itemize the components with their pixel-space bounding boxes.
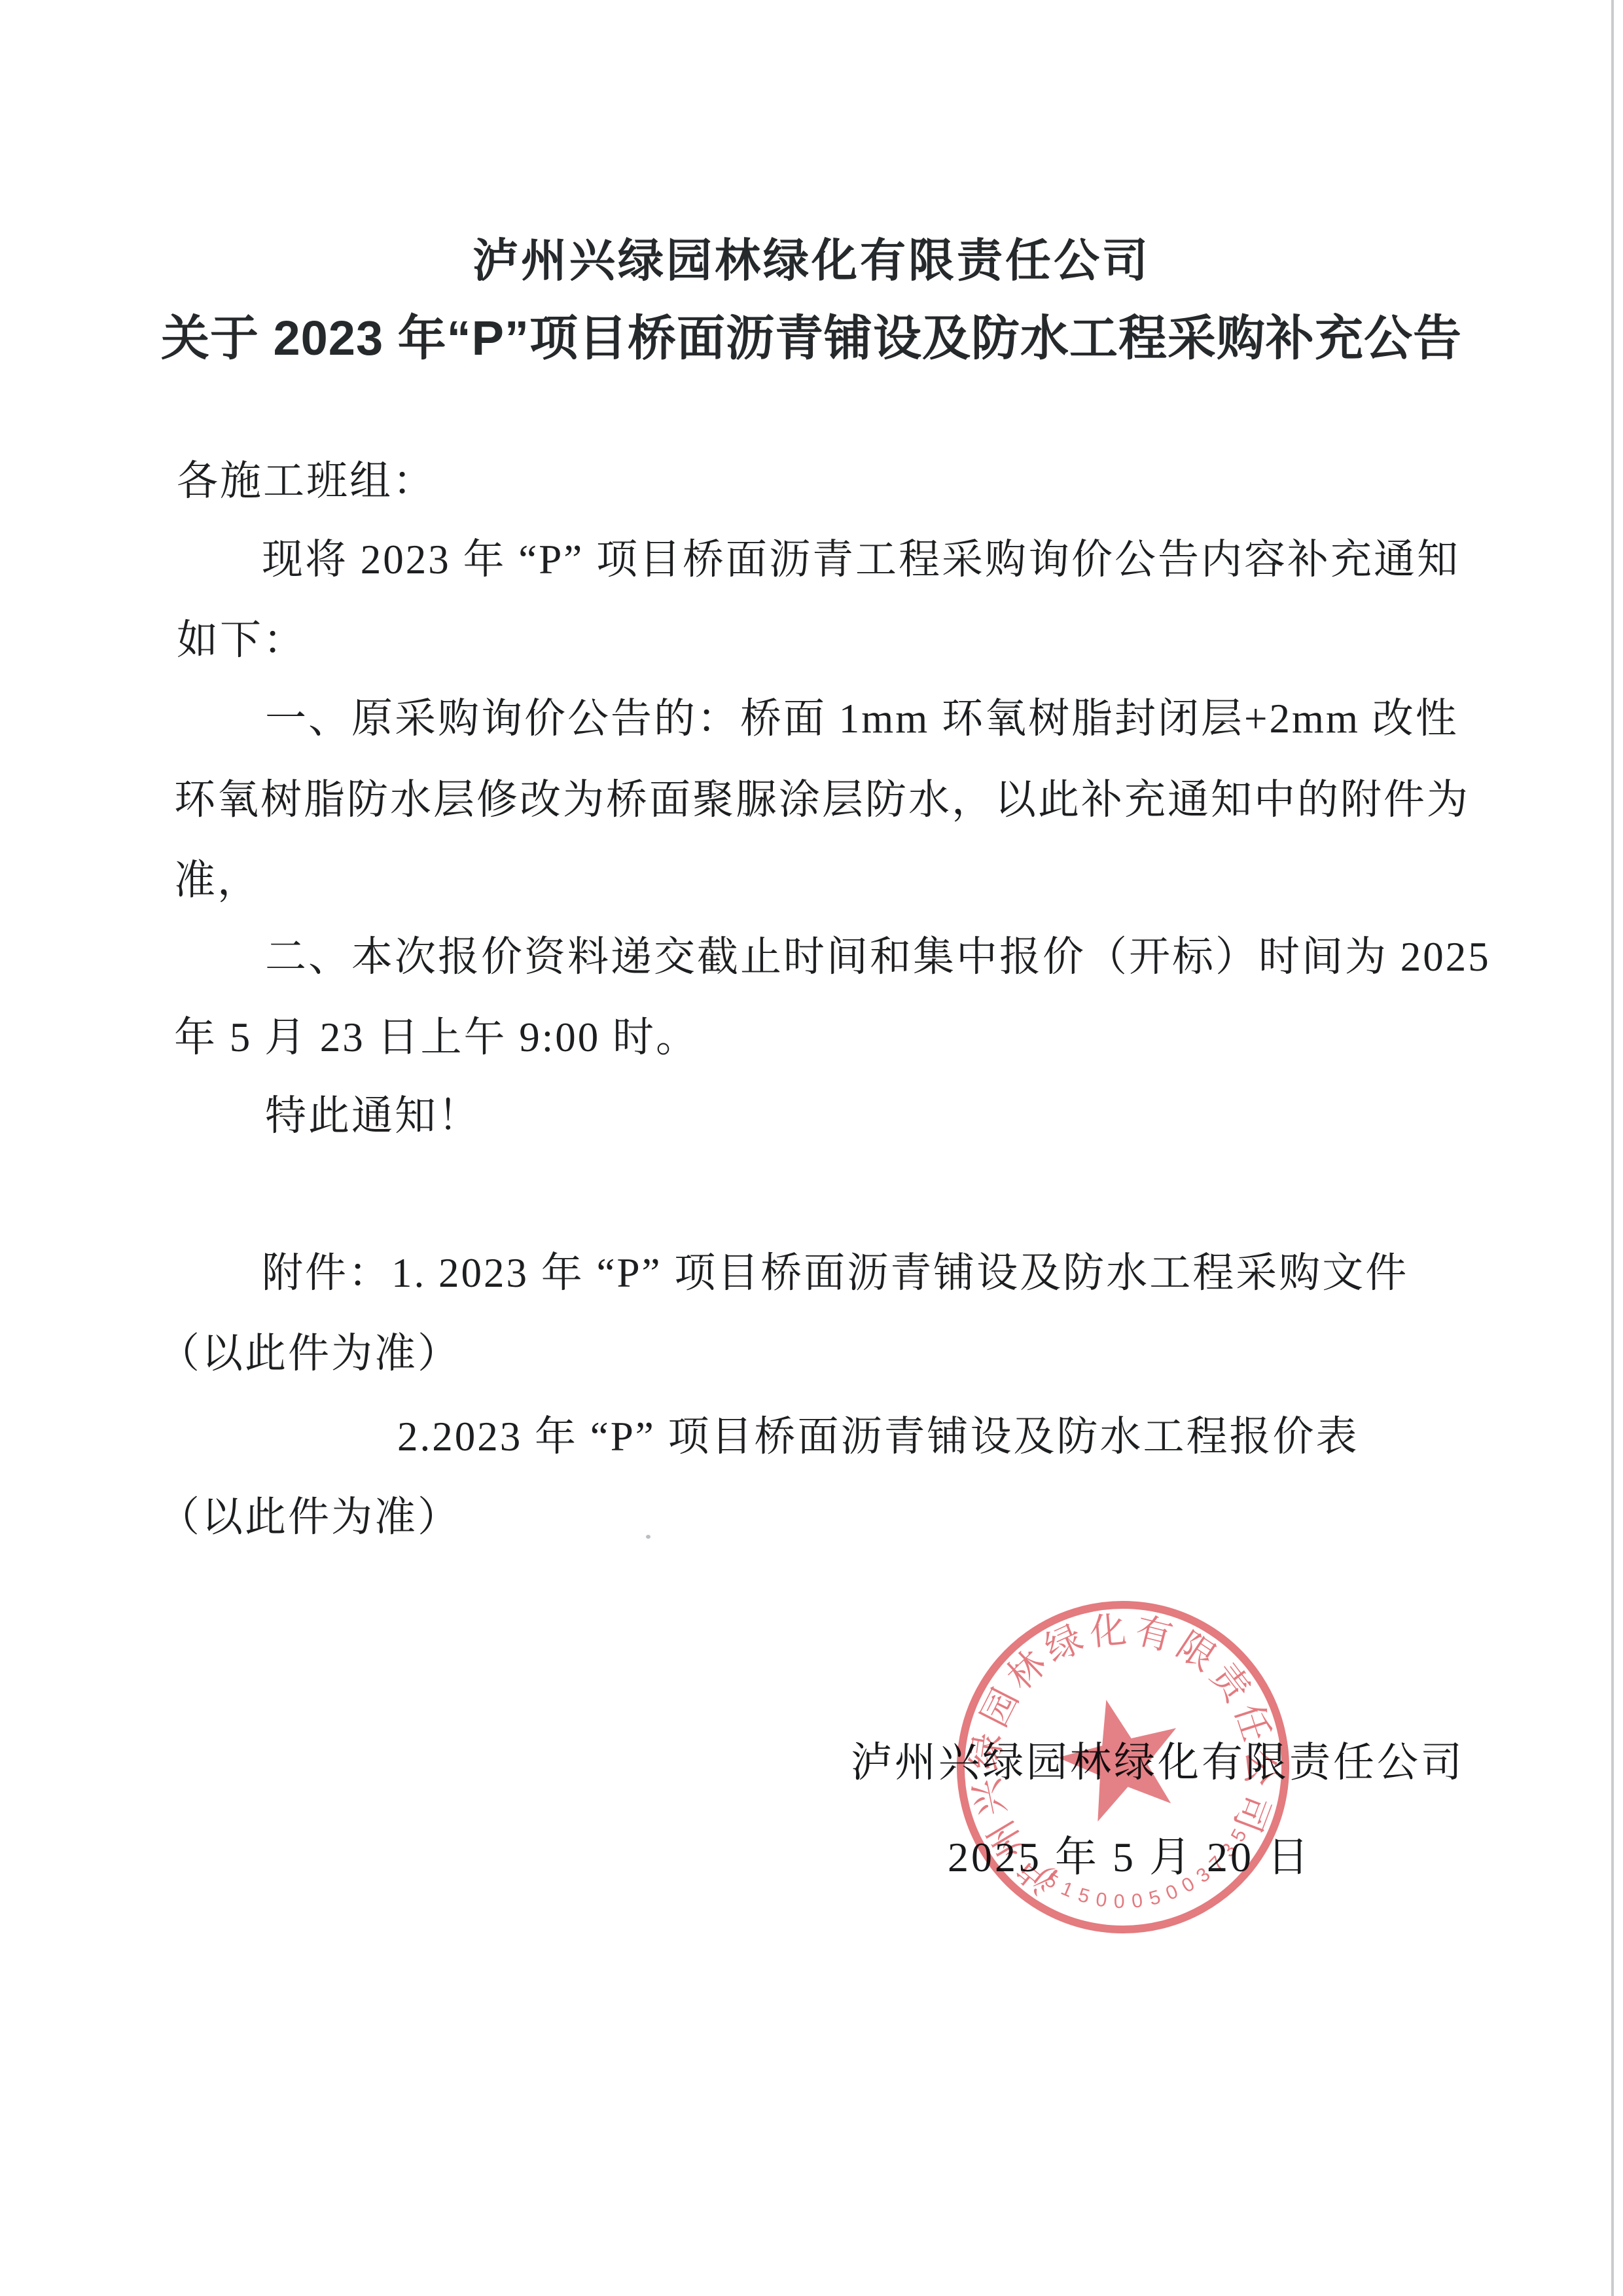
body-line-attachment-2: 2.2023 年 “P” 项目桥面沥青铺设及防水工程报价表 <box>397 1414 1359 1460</box>
page-subtitle: 关于 2023 年“P”项目桥面沥青铺设及防水工程采购补充公告 <box>0 300 1623 369</box>
body-line: 如下： <box>177 617 306 663</box>
document-page: 泸州兴绿园林绿化有限责任公司 关于 2023 年“P”项目桥面沥青铺设及防水工程… <box>0 0 1623 2296</box>
body-line: 年 5 月 23 日上午 9:00 时。 <box>174 1014 699 1060</box>
body-line: 环氧树脂防水层修改为桥面聚脲涂层防水，以此补充通知中的附件为 <box>174 777 1470 823</box>
body-line: （以此件为准） <box>158 1494 461 1540</box>
body-line-notice: 特此通知！ <box>265 1093 481 1139</box>
company-seal: 泸州兴绿园林绿化有限责任公司 5150005003735 <box>901 1545 1346 1990</box>
body-line: 现将 2023 年 “P” 项目桥面沥青工程采购询价公告内容补充通知 <box>262 537 1460 583</box>
body-line: （以此件为准） <box>158 1331 461 1376</box>
body-line-item-2: 二、本次报价资料递交截止时间和集中报价（开标）时间为 2025 <box>265 934 1491 980</box>
body-line-salutation: 各施工班组： <box>177 458 436 504</box>
page-title: 泸州兴绿园林绿化有限责任公司 <box>0 224 1623 290</box>
body-line-item-1: 一、原采购询价公告的：桥面 1mm 环氧树脂封闭层+2mm 改性 <box>265 696 1459 742</box>
seal-star-icon <box>1047 1685 1194 1827</box>
scan-edge-line <box>1611 0 1614 2296</box>
body-line-attachment-1: 附件：1. 2023 年 “P” 项目桥面沥青铺设及防水工程采购文件 <box>262 1250 1408 1296</box>
scan-artifact-dot <box>646 1535 651 1539</box>
seal-serial: 5150005003735 <box>1037 1815 1268 1935</box>
body-line: 准， <box>174 857 260 903</box>
